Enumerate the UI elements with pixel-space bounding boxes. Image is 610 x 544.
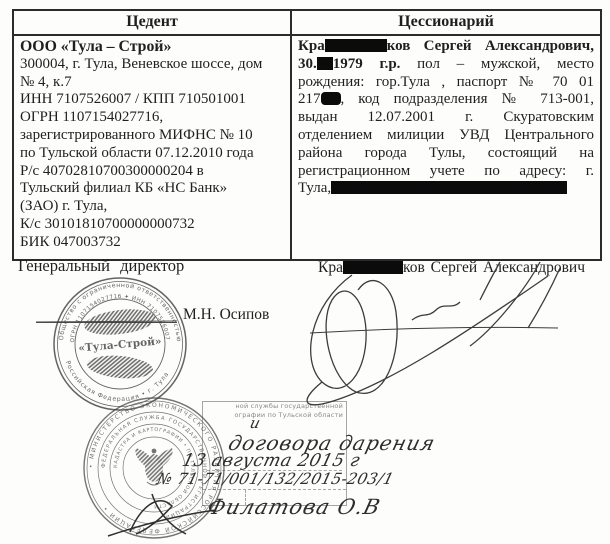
cedent-line: ОГРН 1107154027716, bbox=[20, 109, 284, 127]
text-segment: регистрационном учете по адресу: г. bbox=[298, 163, 594, 179]
text-segment: района города Тулы, состоящий на bbox=[298, 145, 594, 161]
svg-text:ОГРН 1107154027716 ✦ ИНН 71075: ОГРН 1107154027716 ✦ ИНН 7107526007 bbox=[70, 293, 170, 343]
cedent-line: по Тульской области 07.12.2010 года bbox=[20, 145, 284, 163]
text-segment: ков Сергей Александрович, bbox=[387, 38, 594, 54]
seal-center-text: «Тула-Строй» bbox=[78, 335, 162, 354]
seal-ring-bottom-text: Российская Федерация • г. Тула bbox=[64, 360, 171, 403]
cessionary-line: Тула, bbox=[298, 180, 594, 198]
cedent-line: ИНН 7107526007 / КПП 710501001 bbox=[20, 91, 284, 109]
registrar-signature-name: Филатова О.В bbox=[205, 495, 383, 519]
redaction bbox=[343, 261, 403, 274]
redaction bbox=[317, 57, 333, 70]
cedent-line: К/с 30101810700000000732 bbox=[20, 216, 284, 234]
seal-ring-top-text: Общество с ограниченной ответственностью bbox=[58, 282, 182, 342]
cessionary-cell: Краков Сергей Александрович,30.1979 г.р.… bbox=[290, 36, 600, 259]
cedent-signature-line bbox=[36, 322, 177, 323]
text-segment: отделением милиции УВД Центрального bbox=[298, 127, 594, 143]
text-segment: выдан 12.07.2001 г. Скуратовским bbox=[298, 109, 594, 125]
seal-hatch-bottom bbox=[86, 353, 154, 381]
table-body-row: ООО «Тула – Строй» 300004, г. Тула, Вене… bbox=[14, 36, 600, 259]
cessionary-line: Краков Сергей Александрович, bbox=[298, 38, 594, 56]
registration-stamp-text-2: ографии по Тульской области bbox=[203, 411, 346, 420]
cedent-cell: ООО «Тула – Строй» 300004, г. Тула, Вене… bbox=[14, 36, 290, 259]
cedent-line: 300004, г. Тула, Веневское шоссе, дом bbox=[20, 56, 284, 74]
redaction bbox=[325, 39, 387, 52]
cedent-line: БИК 047003732 bbox=[20, 234, 284, 252]
parties-table: Цедент Цессионарий ООО «Тула – Строй» 30… bbox=[12, 9, 602, 261]
cedent-signatory-name: М.Н. Осипов bbox=[183, 306, 269, 324]
cessionary-details: Краков Сергей Александрович,30.1979 г.р.… bbox=[298, 38, 594, 198]
text-segment: рождения: гор.Тула , паспорт № 70 01 bbox=[298, 74, 594, 90]
text-segment: , код подразделения № 713-001, bbox=[341, 91, 595, 107]
cedent-header: Цедент bbox=[14, 11, 290, 36]
cedent-line: Р/с 40702810700300000204 в bbox=[20, 163, 284, 181]
cessionary-line: выдан 12.07.2001 г. Скуратовским bbox=[298, 109, 594, 127]
cedent-company-name: ООО «Тула – Строй» bbox=[20, 38, 284, 56]
cessionary-header: Цессионарий bbox=[290, 11, 600, 36]
seal-ring-numbers: ОГРН 1107154027716 ✦ ИНН 7107526007 bbox=[70, 293, 170, 343]
tula-stroy-seal: Общество с ограниченной ответственностью… bbox=[54, 278, 186, 410]
cedent-line: зарегистрированного МИФНС № 10 bbox=[20, 127, 284, 145]
cessionary-line: 30.1979 г.р. пол – мужской, место bbox=[298, 56, 594, 74]
redaction bbox=[321, 92, 341, 105]
text-segment: Кра bbox=[298, 38, 325, 54]
registration-stamp-text-1: ной службы государственной bbox=[203, 402, 346, 411]
cessionary-signature bbox=[307, 262, 560, 405]
cedent-line: Тульский филиал КБ «НС Банк» bbox=[20, 180, 284, 198]
table-header-row: Цедент Цессионарий bbox=[14, 11, 600, 36]
text-segment: 30. bbox=[298, 56, 317, 72]
cedent-line: (ЗАО) г. Тула, bbox=[20, 198, 284, 216]
text-segment: ков Сергей Александрович bbox=[403, 259, 585, 276]
handwritten-line-2: 13 августа 2015 г bbox=[180, 451, 362, 471]
text-segment: пол – мужской, место bbox=[400, 56, 594, 72]
cessionary-line: отделением милиции УВД Центрального bbox=[298, 127, 594, 145]
scanned-contract-page: Цедент Цессионарий ООО «Тула – Строй» 30… bbox=[0, 0, 610, 544]
handwritten-reg-number: № 71-71/001/132/2015-203/1 bbox=[155, 470, 396, 488]
cessionary-signatory-name: Краков Сергей Александрович bbox=[318, 259, 585, 277]
redaction bbox=[331, 181, 567, 194]
registrar-signature-flourish bbox=[108, 494, 216, 536]
cedent-details: 300004, г. Тула, Веневское шоссе, дом№ 4… bbox=[20, 56, 284, 252]
cedent-line: № 4, к.7 bbox=[20, 74, 284, 92]
cedent-signatory-title: Генеральный директор bbox=[18, 256, 184, 276]
cessionary-line: района города Тулы, состоящий на bbox=[298, 145, 594, 163]
cessionary-line: рождения: гор.Тула , паспорт № 70 01 bbox=[298, 74, 594, 92]
cessionary-line: регистрационном учете по адресу: г. bbox=[298, 163, 594, 181]
svg-text:Российская Федерация • г. Тула: Российская Федерация • г. Тула bbox=[64, 360, 171, 403]
text-segment: Кра bbox=[318, 259, 343, 276]
svg-text:Общество с ограниченной ответс: Общество с ограниченной ответственностью bbox=[58, 282, 182, 342]
cessionary-line: 217, код подразделения № 713-001, bbox=[298, 91, 594, 109]
text-segment: 1979 г.р. bbox=[333, 56, 401, 72]
text-segment: Тула, bbox=[298, 180, 331, 196]
text-segment: 217 bbox=[298, 91, 321, 107]
